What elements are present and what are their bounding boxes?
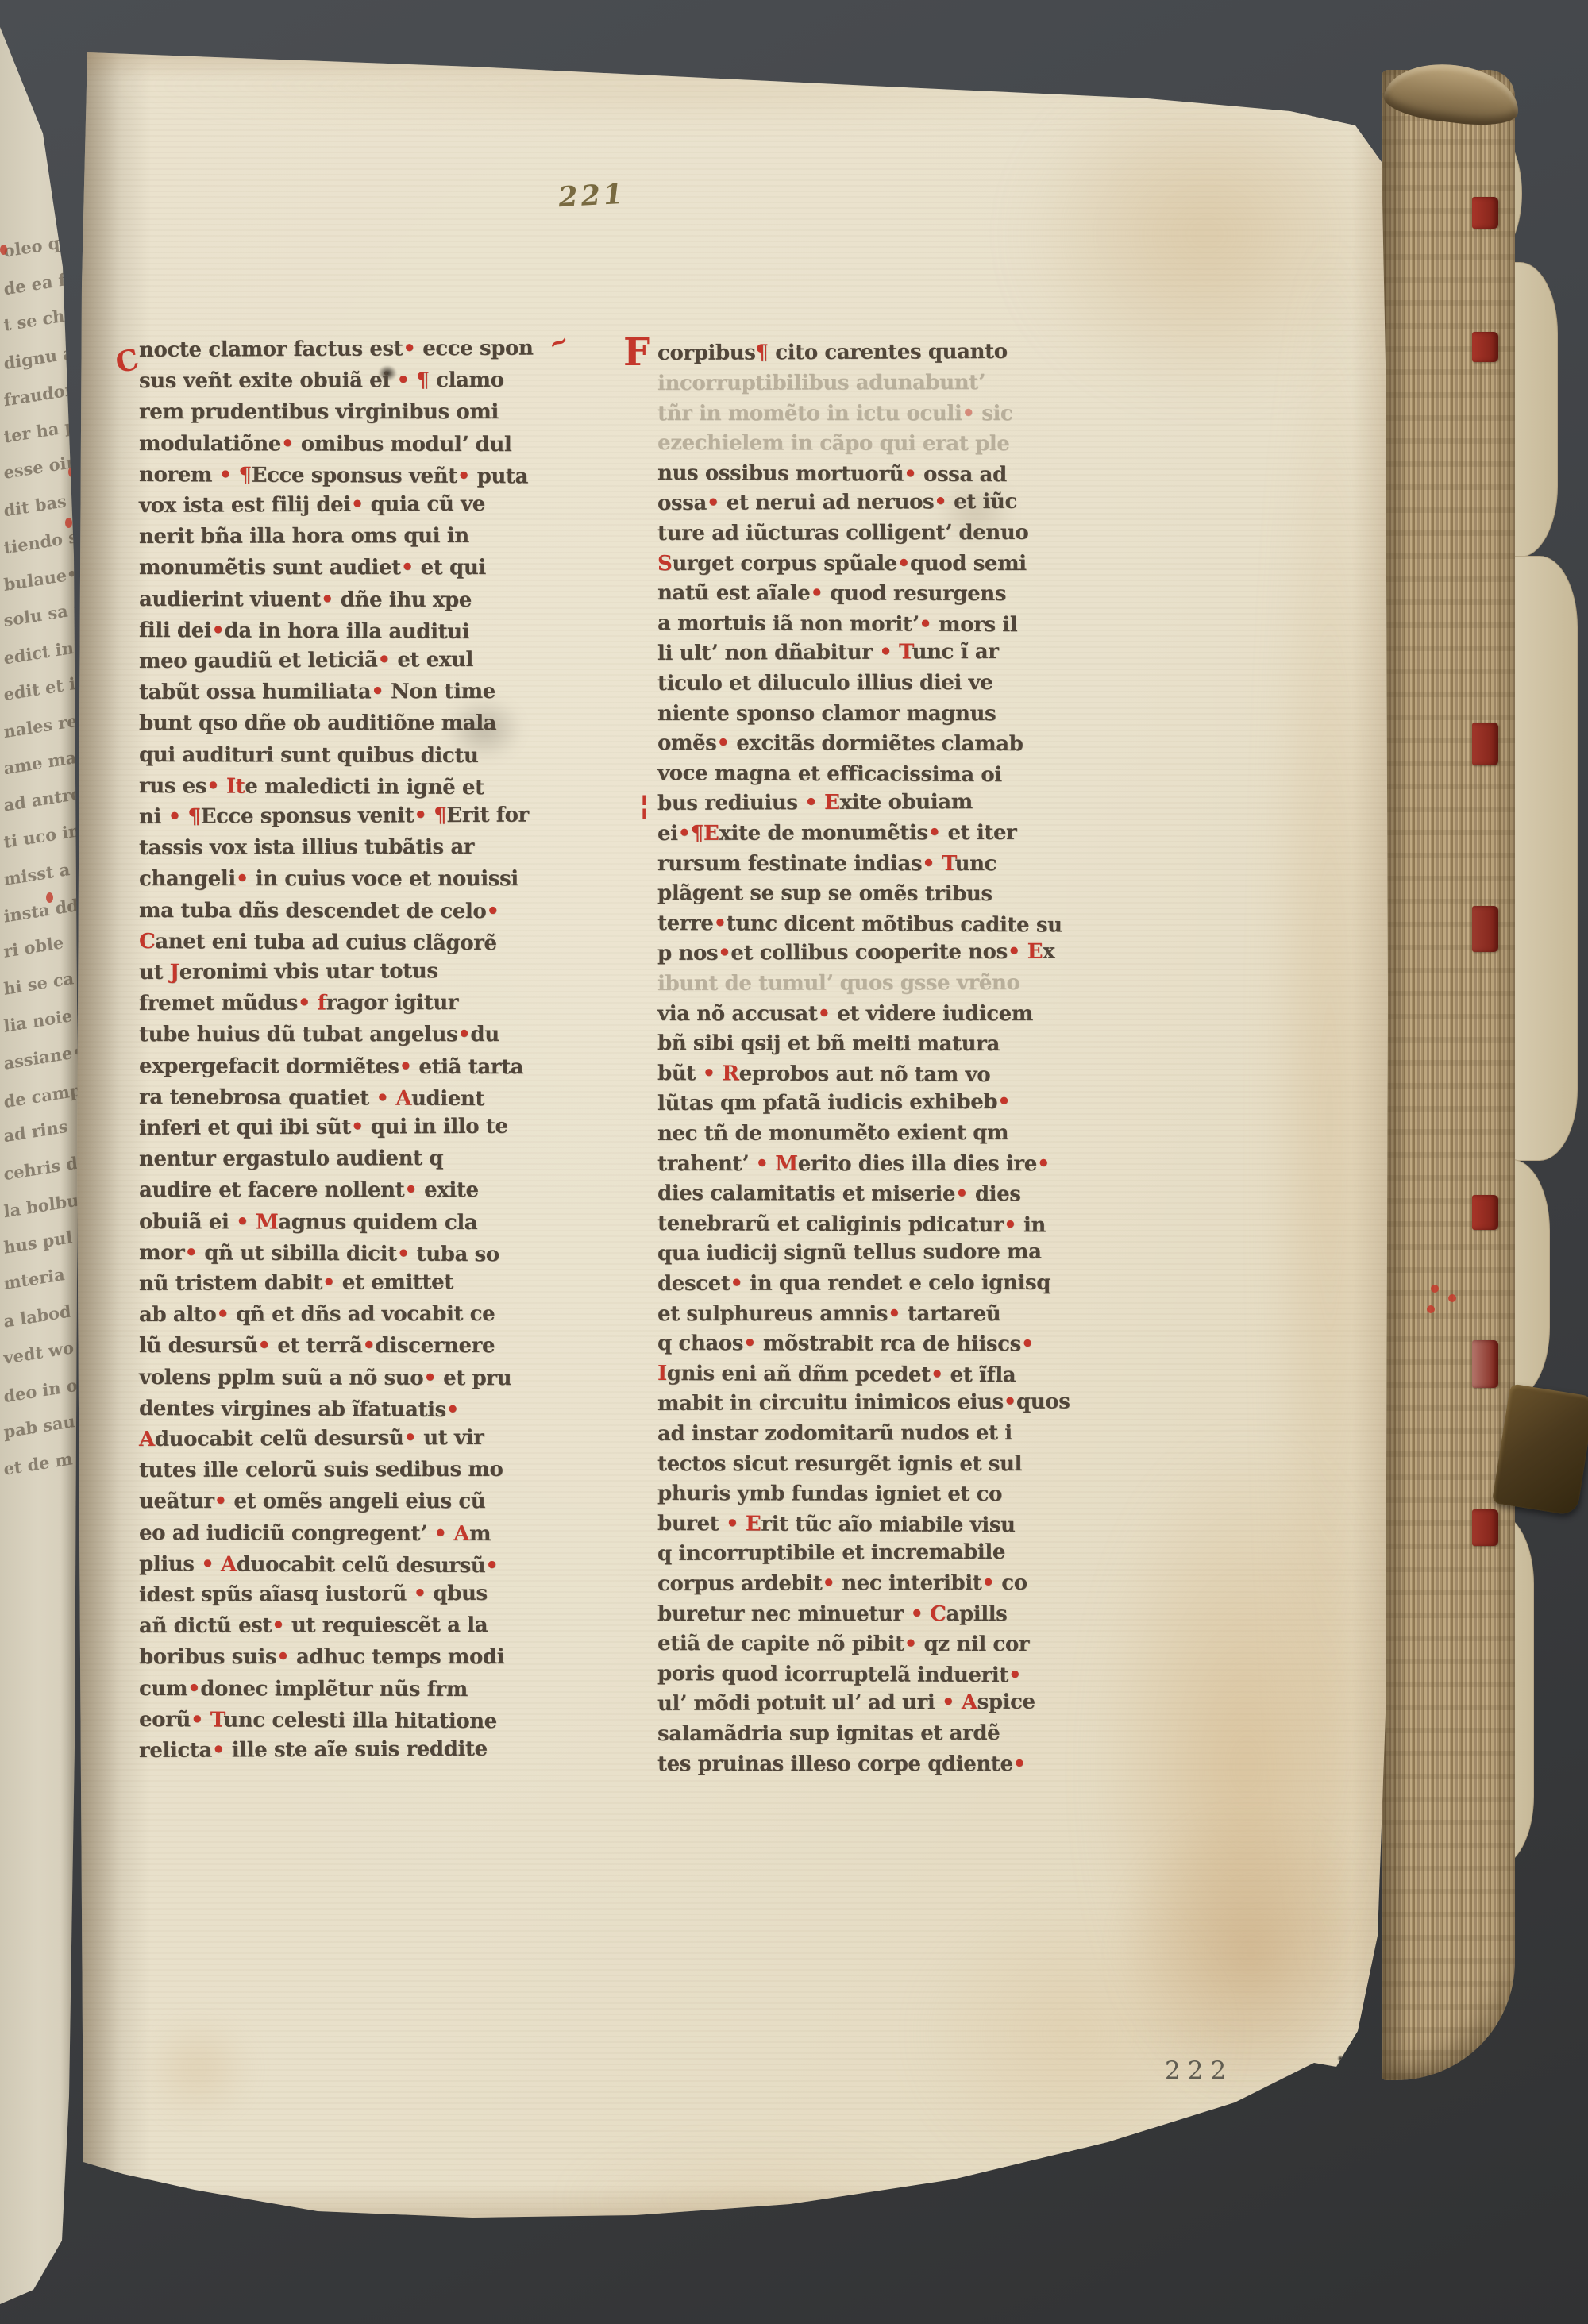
- red-index-tab: [1472, 197, 1498, 229]
- previous-page-text-line: mteria: [2, 1264, 65, 1293]
- manuscript-page: 221 nocte clamor factus est• ecce sponsu…: [75, 46, 1389, 2226]
- previous-page-text-line: ri oble: [2, 932, 64, 962]
- red-paint-speck: [1431, 1285, 1439, 1293]
- previous-page-text-line: oleo quo: [3, 229, 84, 261]
- photograph-scene: oleo quode ea frist se chatdignu abafrau…: [0, 0, 1588, 2324]
- previous-page-text-line: dit bas st: [3, 487, 90, 520]
- previous-page-text-line: de ea fris: [3, 265, 91, 299]
- red-index-tab: [1472, 1195, 1498, 1230]
- previous-page-text-line: esse oim: [3, 450, 85, 483]
- red-index-tab: [1472, 906, 1498, 952]
- red-paraph-speck: [65, 518, 72, 528]
- previous-page-edge: oleo quode ea frist se chatdignu abafrau…: [0, 0, 84, 2311]
- previous-page-text-line: ame mag: [3, 746, 89, 779]
- book-fore-edge: [1382, 70, 1586, 2091]
- red-index-tab: [1472, 1340, 1498, 1388]
- previous-page-text-line: edict in q: [3, 634, 92, 668]
- red-index-tab: [1472, 723, 1498, 765]
- red-paraph-speck: [46, 892, 53, 903]
- red-paraph-speck: [0, 245, 7, 255]
- rubric-mark: ¦: [639, 789, 649, 821]
- page-edge-tint: [75, 46, 1389, 2226]
- previous-page-text-line: t se chat: [3, 303, 84, 335]
- previous-page-text-line: nales rex: [3, 708, 88, 742]
- red-paint-speck: [1448, 1294, 1456, 1302]
- red-paraph-speck: [68, 467, 75, 477]
- red-index-tab: [1472, 332, 1498, 362]
- rubric-mark: F: [623, 330, 650, 375]
- previous-page-text-line: ter ha pri: [3, 413, 92, 446]
- red-index-tab: [1472, 1509, 1498, 1546]
- red-paint-speck: [1427, 1305, 1435, 1313]
- previous-page-text-line: ad rins: [2, 1116, 68, 1147]
- page-block-edge: [1382, 70, 1515, 2080]
